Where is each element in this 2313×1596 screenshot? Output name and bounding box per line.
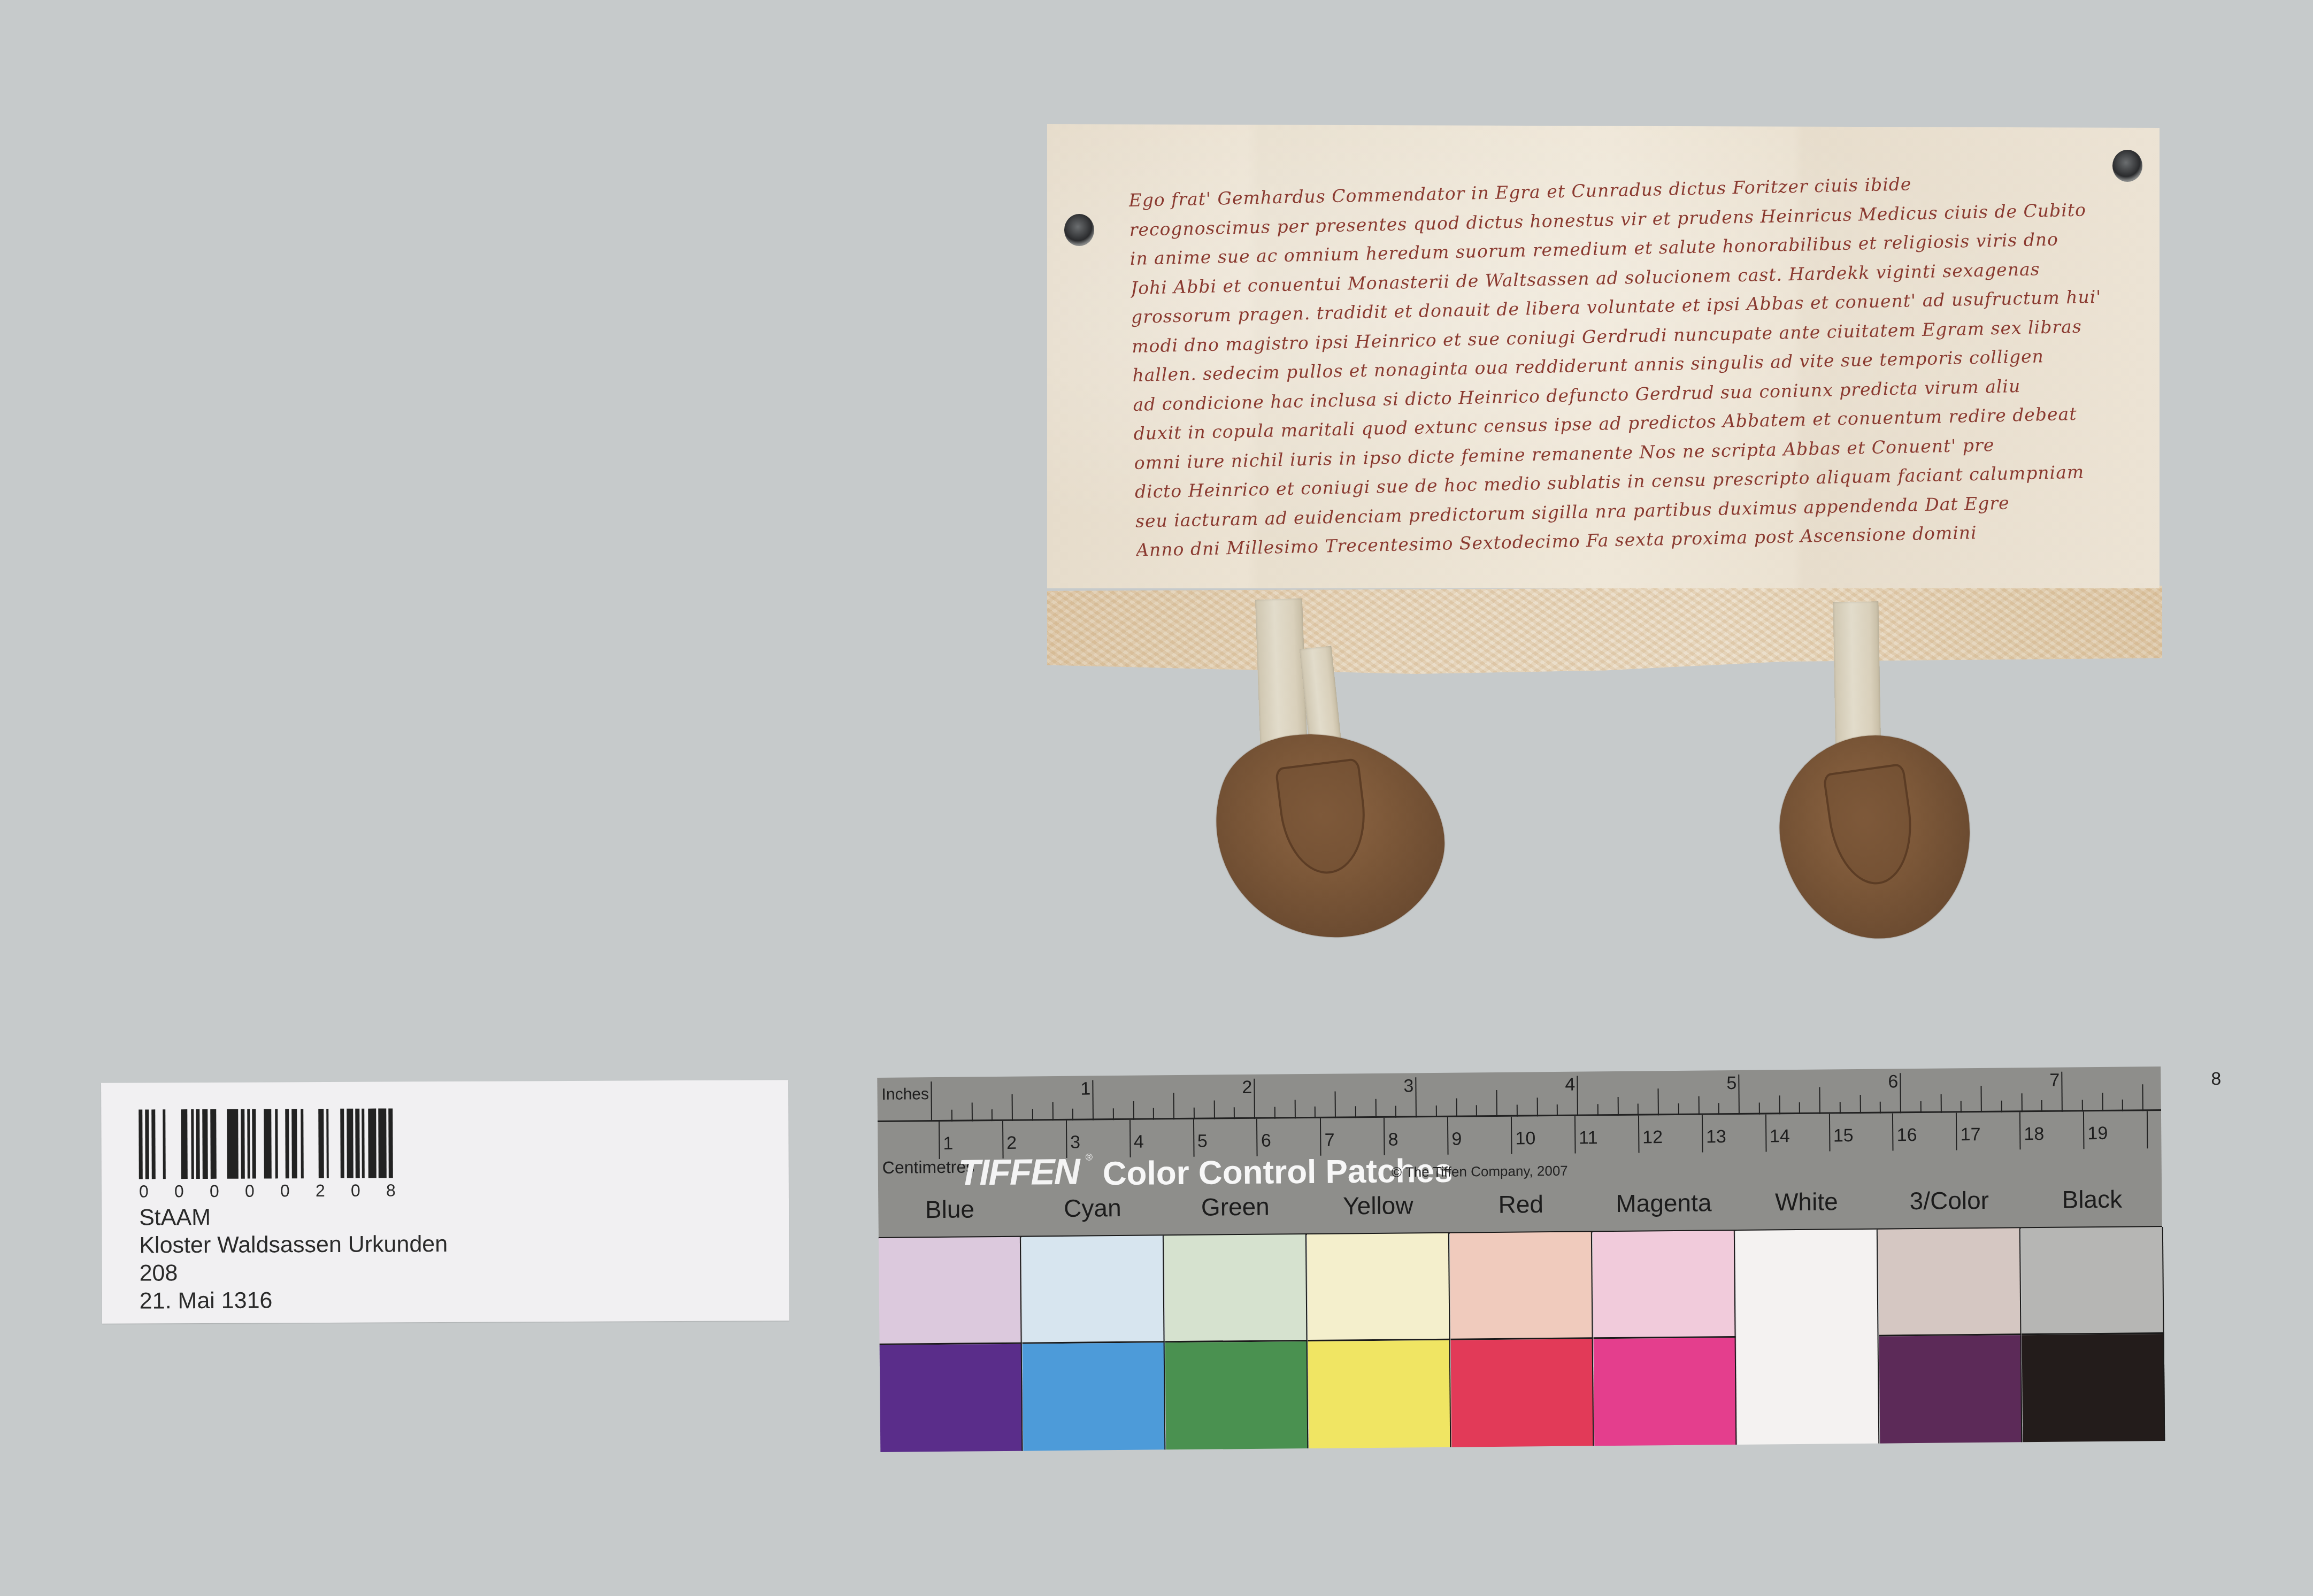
registered-mark: ® (1085, 1152, 1092, 1163)
cm-number: 10 (1515, 1128, 1535, 1149)
barcode-gap (303, 1109, 319, 1178)
patch-label-green: Green (1164, 1192, 1307, 1222)
cm-number: 1 (943, 1133, 953, 1154)
patch-blue-dark (880, 1344, 1023, 1452)
patch-white (1735, 1230, 1879, 1445)
barcode-bar (202, 1109, 208, 1179)
inch-tick (1476, 1105, 1477, 1117)
inch-tick (1557, 1104, 1558, 1116)
inch-number: 4 (1565, 1075, 1575, 1095)
barcode-digit: 0 (174, 1181, 184, 1201)
charter-plica-fold (1047, 586, 2162, 674)
inch-tick (1436, 1106, 1437, 1117)
cm-number: 9 (1451, 1129, 1462, 1149)
cm-tick (1828, 1114, 1830, 1151)
inch-tick (1375, 1099, 1376, 1118)
patch-green-light (1164, 1234, 1308, 1342)
cm-number: 3 (1070, 1132, 1080, 1153)
cm-number: 15 (1833, 1125, 1854, 1146)
patch-3color-light (1878, 1228, 2022, 1336)
inch-tick (951, 1110, 952, 1122)
barcode-bar (210, 1109, 217, 1179)
cm-tick (1129, 1120, 1131, 1157)
inch-tick (1516, 1105, 1517, 1117)
cm-number: 18 (2024, 1124, 2044, 1145)
cm-number: 4 (1134, 1132, 1144, 1153)
barcode-bar (368, 1109, 376, 1178)
tiffen-logo: TIFFEN (958, 1151, 1079, 1194)
barcode-digit: 0 (351, 1181, 360, 1201)
wax-seal-left (1186, 707, 1469, 967)
patch-magenta-light (1593, 1231, 1736, 1339)
inch-tick (1012, 1094, 1013, 1121)
inch-tick (1536, 1098, 1538, 1116)
barcode-bar (264, 1109, 272, 1178)
barcode-bar (319, 1109, 324, 1178)
cm-tick (1702, 1115, 1703, 1153)
patch-label-magenta: Magenta (1592, 1188, 1735, 1218)
inches-label: Inches (881, 1085, 929, 1104)
barcode-digit: 0 (280, 1181, 290, 1201)
inch-tick (2102, 1093, 2103, 1111)
patch-cyan-dark (1023, 1342, 1166, 1451)
cm-number: 6 (1261, 1131, 1271, 1152)
inch-tick (1819, 1087, 1820, 1114)
wax-seal-right (1768, 723, 1984, 951)
cm-number: 2 (1006, 1133, 1017, 1154)
inch-tick (1173, 1093, 1174, 1119)
patch-green-dark (1165, 1341, 1309, 1449)
cm-number: 14 (1770, 1126, 1790, 1147)
inch-tick (1597, 1104, 1598, 1116)
inch-tick (992, 1109, 993, 1121)
cm-tick (2019, 1112, 2021, 1149)
inch-tick (1355, 1106, 1356, 1118)
inch-tick (1395, 1106, 1396, 1118)
cm-number: 8 (1388, 1130, 1398, 1150)
inch-tick (1577, 1076, 1578, 1116)
patch-black-dark (2022, 1334, 2165, 1442)
barcode-bar (389, 1108, 393, 1178)
patch-red-light (1450, 1232, 1593, 1340)
inch-number: 3 (1403, 1076, 1413, 1096)
inch-tick (1738, 1075, 1740, 1115)
inch-tick (1678, 1103, 1679, 1115)
inch-tick (1880, 1102, 1881, 1114)
barcode-bar (181, 1109, 187, 1179)
cm-number: 7 (1325, 1130, 1335, 1151)
cm-number: 16 (1897, 1125, 1917, 1146)
inch-tick (2001, 1101, 2002, 1112)
barcode-bar (379, 1108, 387, 1178)
inch-number: 1 (1080, 1079, 1090, 1100)
inch-tick (1335, 1092, 1336, 1118)
inch-tick (1758, 1103, 1759, 1115)
inch-tick (1657, 1088, 1658, 1115)
barcode-bar (227, 1109, 239, 1179)
patch-yellow-dark (1308, 1340, 1451, 1448)
inch-tick (1638, 1104, 1639, 1116)
inch-tick (1032, 1109, 1033, 1121)
cm-number: 17 (1960, 1124, 1980, 1145)
cm-tick (1638, 1116, 1640, 1153)
barcode-gap (155, 1109, 163, 1179)
inch-tick (1698, 1096, 1699, 1115)
cm-tick (2083, 1111, 2085, 1149)
mounting-hole-right (2112, 150, 2142, 182)
barcode-bar (347, 1109, 353, 1178)
cm-tick (1193, 1119, 1195, 1157)
inch-tick (1859, 1095, 1861, 1114)
patch-cyan-light (1021, 1236, 1165, 1344)
inch-tick (931, 1081, 932, 1122)
seal-strap-left (1255, 598, 1308, 755)
inch-tick (2122, 1100, 2123, 1111)
archive-name: StAAM (139, 1204, 211, 1231)
inch-tick (1839, 1102, 1840, 1114)
patch-label-yellow: Yellow (1307, 1191, 1449, 1221)
inch-tick (1920, 1101, 1921, 1113)
inch-tick (1294, 1100, 1295, 1118)
patch-label-cyan: Cyan (1021, 1193, 1164, 1223)
inch-tick (1194, 1108, 1195, 1119)
patch-blue-light (879, 1237, 1022, 1345)
inch-tick (1092, 1080, 1094, 1120)
cm-tick (2147, 1111, 2148, 1148)
patch-red-dark (1451, 1339, 1594, 1447)
patch-label-white: White (1735, 1187, 1878, 1217)
cm-tick (1511, 1117, 1512, 1154)
inch-tick (1980, 1086, 1981, 1112)
cm-number: 19 (2087, 1123, 2108, 1144)
cm-tick (1765, 1114, 1767, 1152)
document-number: 208 (139, 1260, 178, 1286)
cm-tick (1320, 1118, 1321, 1156)
inch-number: 2 (1242, 1077, 1252, 1098)
inch-tick (2061, 1072, 2063, 1112)
patch-black-light (2021, 1227, 2164, 1335)
inch-tick (1315, 1107, 1316, 1118)
barcode-digits: 0 0 0 0 0 2 0 8 (139, 1180, 396, 1201)
inch-number: 8 (2211, 1069, 2221, 1089)
patch-magenta-dark (1594, 1338, 1737, 1446)
inch-tick (1415, 1077, 1417, 1117)
inch-tick (1274, 1107, 1275, 1119)
barcode-bar (291, 1109, 297, 1178)
charter-text: Ego frat' Gemhardus Commendator in Egra … (1128, 166, 2115, 565)
barcode-digit: 0 (245, 1181, 255, 1201)
inch-number: 6 (1888, 1071, 1898, 1092)
inch-tick (1456, 1099, 1457, 1117)
seal-shield-icon (1274, 758, 1372, 879)
barcode-digit: 2 (316, 1181, 325, 1201)
patch-label-3color: 3/Color (1878, 1185, 2020, 1215)
inch-tick (2081, 1100, 2083, 1111)
archive-label: 0 0 0 0 0 2 0 8 StAAM Kloster Waldsassen… (101, 1080, 789, 1324)
cm-tick (1892, 1113, 1894, 1150)
cm-tick (939, 1122, 940, 1159)
inch-tick (1718, 1103, 1719, 1115)
cm-tick (1384, 1118, 1385, 1155)
inch-tick (1072, 1109, 1073, 1121)
seal-shield-icon (1823, 763, 1920, 889)
inch-tick (1617, 1097, 1618, 1116)
patch-label-blue: Blue (878, 1194, 1021, 1224)
inch-tick (1961, 1101, 1962, 1112)
cm-tick (1574, 1116, 1576, 1154)
patch-3color-dark (1879, 1335, 2023, 1443)
inch-tick (1779, 1095, 1780, 1114)
inch-tick (2041, 1100, 2042, 1112)
inch-number: 5 (1726, 1073, 1736, 1094)
barcode-gap (329, 1109, 341, 1178)
inch-tick (971, 1102, 972, 1121)
inch-tick (1234, 1107, 1235, 1119)
barcode (139, 1108, 393, 1179)
cm-tick (1256, 1119, 1258, 1156)
cm-number: 5 (1197, 1131, 1208, 1152)
inch-tick (1113, 1108, 1114, 1120)
inch-tick (1900, 1073, 1901, 1113)
barcode-gap (278, 1109, 286, 1178)
collection-name: Kloster Waldsassen Urkunden (139, 1231, 448, 1259)
patch-label-red: Red (1449, 1189, 1592, 1219)
mounting-hole-left (1064, 214, 1094, 246)
cm-tick (1956, 1112, 1957, 1150)
barcode-digit: 0 (139, 1181, 149, 1201)
inch-tick (1799, 1102, 1800, 1114)
patch-label-black: Black (2020, 1184, 2163, 1214)
barcode-gap (256, 1109, 264, 1178)
color-patches (879, 1227, 2164, 1452)
inch-tick (1940, 1094, 1941, 1113)
barcode-digit: 8 (386, 1180, 396, 1200)
inch-tick (2021, 1093, 2022, 1112)
cm-number: 13 (1706, 1126, 1726, 1147)
inch-tick (1052, 1102, 1053, 1121)
cm-tick (1447, 1117, 1449, 1155)
barcode-gap (217, 1109, 227, 1179)
inch-tick (1153, 1108, 1154, 1119)
barcode-gap (165, 1109, 181, 1179)
patch-yellow-light (1307, 1233, 1450, 1341)
inch-tick (1496, 1090, 1497, 1117)
cm-number: 12 (1642, 1127, 1663, 1148)
barcode-digit: 0 (210, 1181, 219, 1201)
inch-tick (1213, 1100, 1215, 1119)
cm-number: 11 (1579, 1127, 1598, 1148)
inch-number: 7 (2049, 1070, 2060, 1091)
tiffen-color-chart: 1234567812345678910111213141516171819 In… (877, 1050, 2164, 1468)
inch-tick (2142, 1084, 2143, 1111)
inch-tick (1254, 1079, 1255, 1119)
chart-copyright: © The Tiffen Company, 2007 (1392, 1163, 1568, 1181)
document-date: 21. Mai 1316 (140, 1287, 273, 1314)
inch-tick (1133, 1101, 1134, 1120)
